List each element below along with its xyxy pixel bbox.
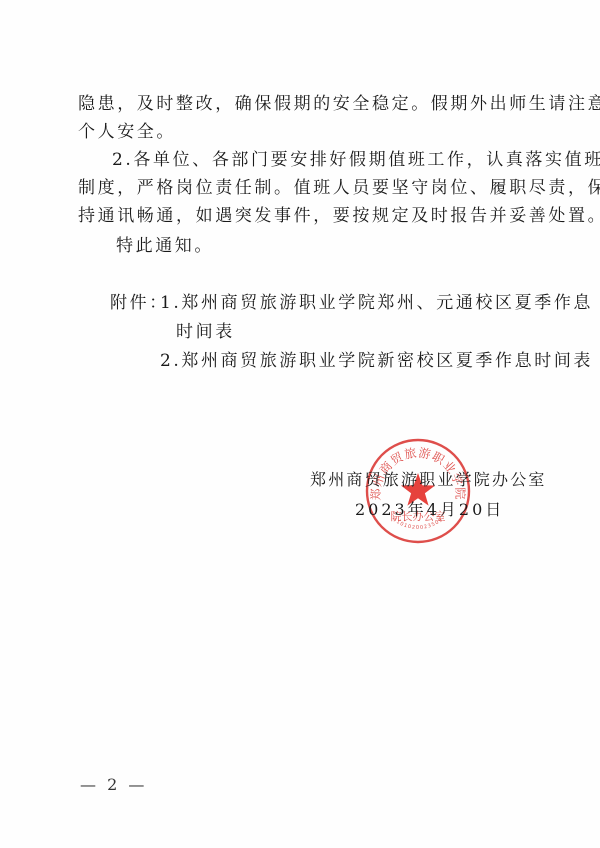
attachment-item-2: 2.郑州商贸旅游职业学院新密校区夏季作息时间表 — [160, 351, 593, 371]
body-paragraph-line: 2.各单位、各部门要安排好假期值班工作，认真落实值班 — [112, 150, 600, 170]
body-paragraph-line: 制度，严格岗位责任制。值班人员要坚守岗位、履职尽责，保 — [78, 178, 600, 198]
page-number: — 2 — — [80, 775, 147, 794]
attachment-item-1: 1.郑州商贸旅游职业学院郑州、元通校区夏季作息 — [160, 293, 593, 313]
issue-date: 2023年4月20日 — [355, 500, 504, 520]
official-seal-icon: 郑州商贸旅游职业学院 院长办公室 4101020023509 — [364, 437, 472, 545]
document-page: 隐患，及时整改，确保假期的安全稳定。假期外出师生请注意 个人安全。 2.各单位、… — [0, 0, 600, 848]
body-paragraph-line: 持通讯畅通，如遇突发事件，要按规定及时报告并妥善处置。 — [78, 206, 600, 226]
closing-line: 特此通知。 — [116, 236, 214, 256]
issuer-name: 郑州商贸旅游职业学院办公室 — [310, 470, 547, 490]
attachment-item-1-continued: 时间表 — [176, 322, 235, 342]
body-paragraph-line: 隐患，及时整改，确保假期的安全稳定。假期外出师生请注意 — [78, 94, 600, 114]
body-paragraph-line: 个人安全。 — [78, 122, 176, 142]
